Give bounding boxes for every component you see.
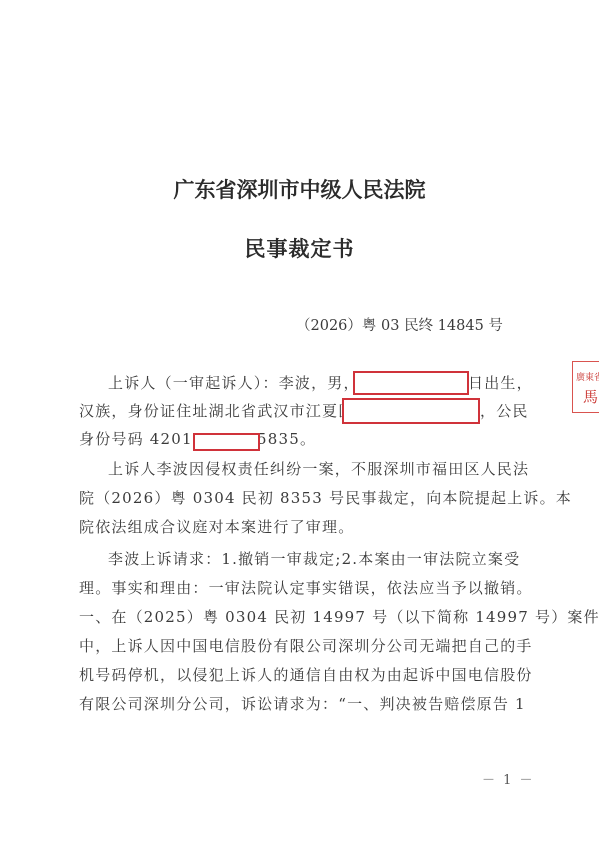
paragraph-2-line-1: 上诉人李波因侵权责任纠纷一案，不服深圳市福田区人民法 [108,455,553,483]
id-number-redaction [193,433,260,451]
court-seal-stamp: 廣東省 馬 [572,361,599,413]
address-text: 汉族，身份证住址湖北省武汉市江夏区 [79,402,354,420]
document-page: 广东省深圳市中级人民法院 民事裁定书 （2026）粤 03 民终 14845 号… [0,0,599,848]
paragraph-3-line-1: 李波上诉请求：1.撤销一审裁定;2.本案由一审法院立案受 [108,545,553,573]
paragraph-3-line-2: 理。事实和理由：一审法院认定事实错误，依法应当予以撤销。 [79,574,524,602]
birth-date-redaction [353,371,469,395]
paragraph-3-line-3: 一、在（2025）粤 0304 民初 14997 号（以下简称 14997 号）… [79,603,524,631]
paragraph-3-line-5: 机号码停机，以侵犯上诉人的通信自由权为由起诉中国电信股份 [79,661,524,689]
paragraph-2-line-3: 院依法组成合议庭对本案进行了审理。 [79,513,524,541]
id-number-suffix: 5835。 [257,425,316,453]
page-number: － 1 － [482,769,535,788]
paragraph-1-line-1: 上诉人（一审起诉人）：李波，男， 日出生， [108,369,553,397]
birth-suffix-text: 日出生， [468,369,533,397]
paragraph-3-line-4: 中，上诉人因中国电信股份有限公司深圳分公司无端把自己的手 [79,632,524,660]
address-redaction [342,398,480,424]
case-number: （2026）粤 03 民终 14845 号 [296,314,503,335]
appellant-intro-text: 上诉人（一审起诉人）：李波，男， [108,374,360,392]
paragraph-1-line-3: 身份号码 420122 5835。 [79,425,524,453]
citizen-text: ，公民 [480,397,529,425]
paragraph-2-line-2: 院（2026）粤 0304 民初 8353 号民事裁定，向本院提起上诉。本 [79,484,524,512]
seal-top-text: 廣東省 [576,370,599,383]
court-name-heading: 广东省深圳市中级人民法院 [0,174,599,204]
paragraph-3-line-6: 有限公司深圳分公司，诉讼请求为：“一、判决被告赔偿原告 1 [79,690,524,718]
seal-character: 馬 [583,386,598,407]
document-type-heading: 民事裁定书 [0,233,599,263]
